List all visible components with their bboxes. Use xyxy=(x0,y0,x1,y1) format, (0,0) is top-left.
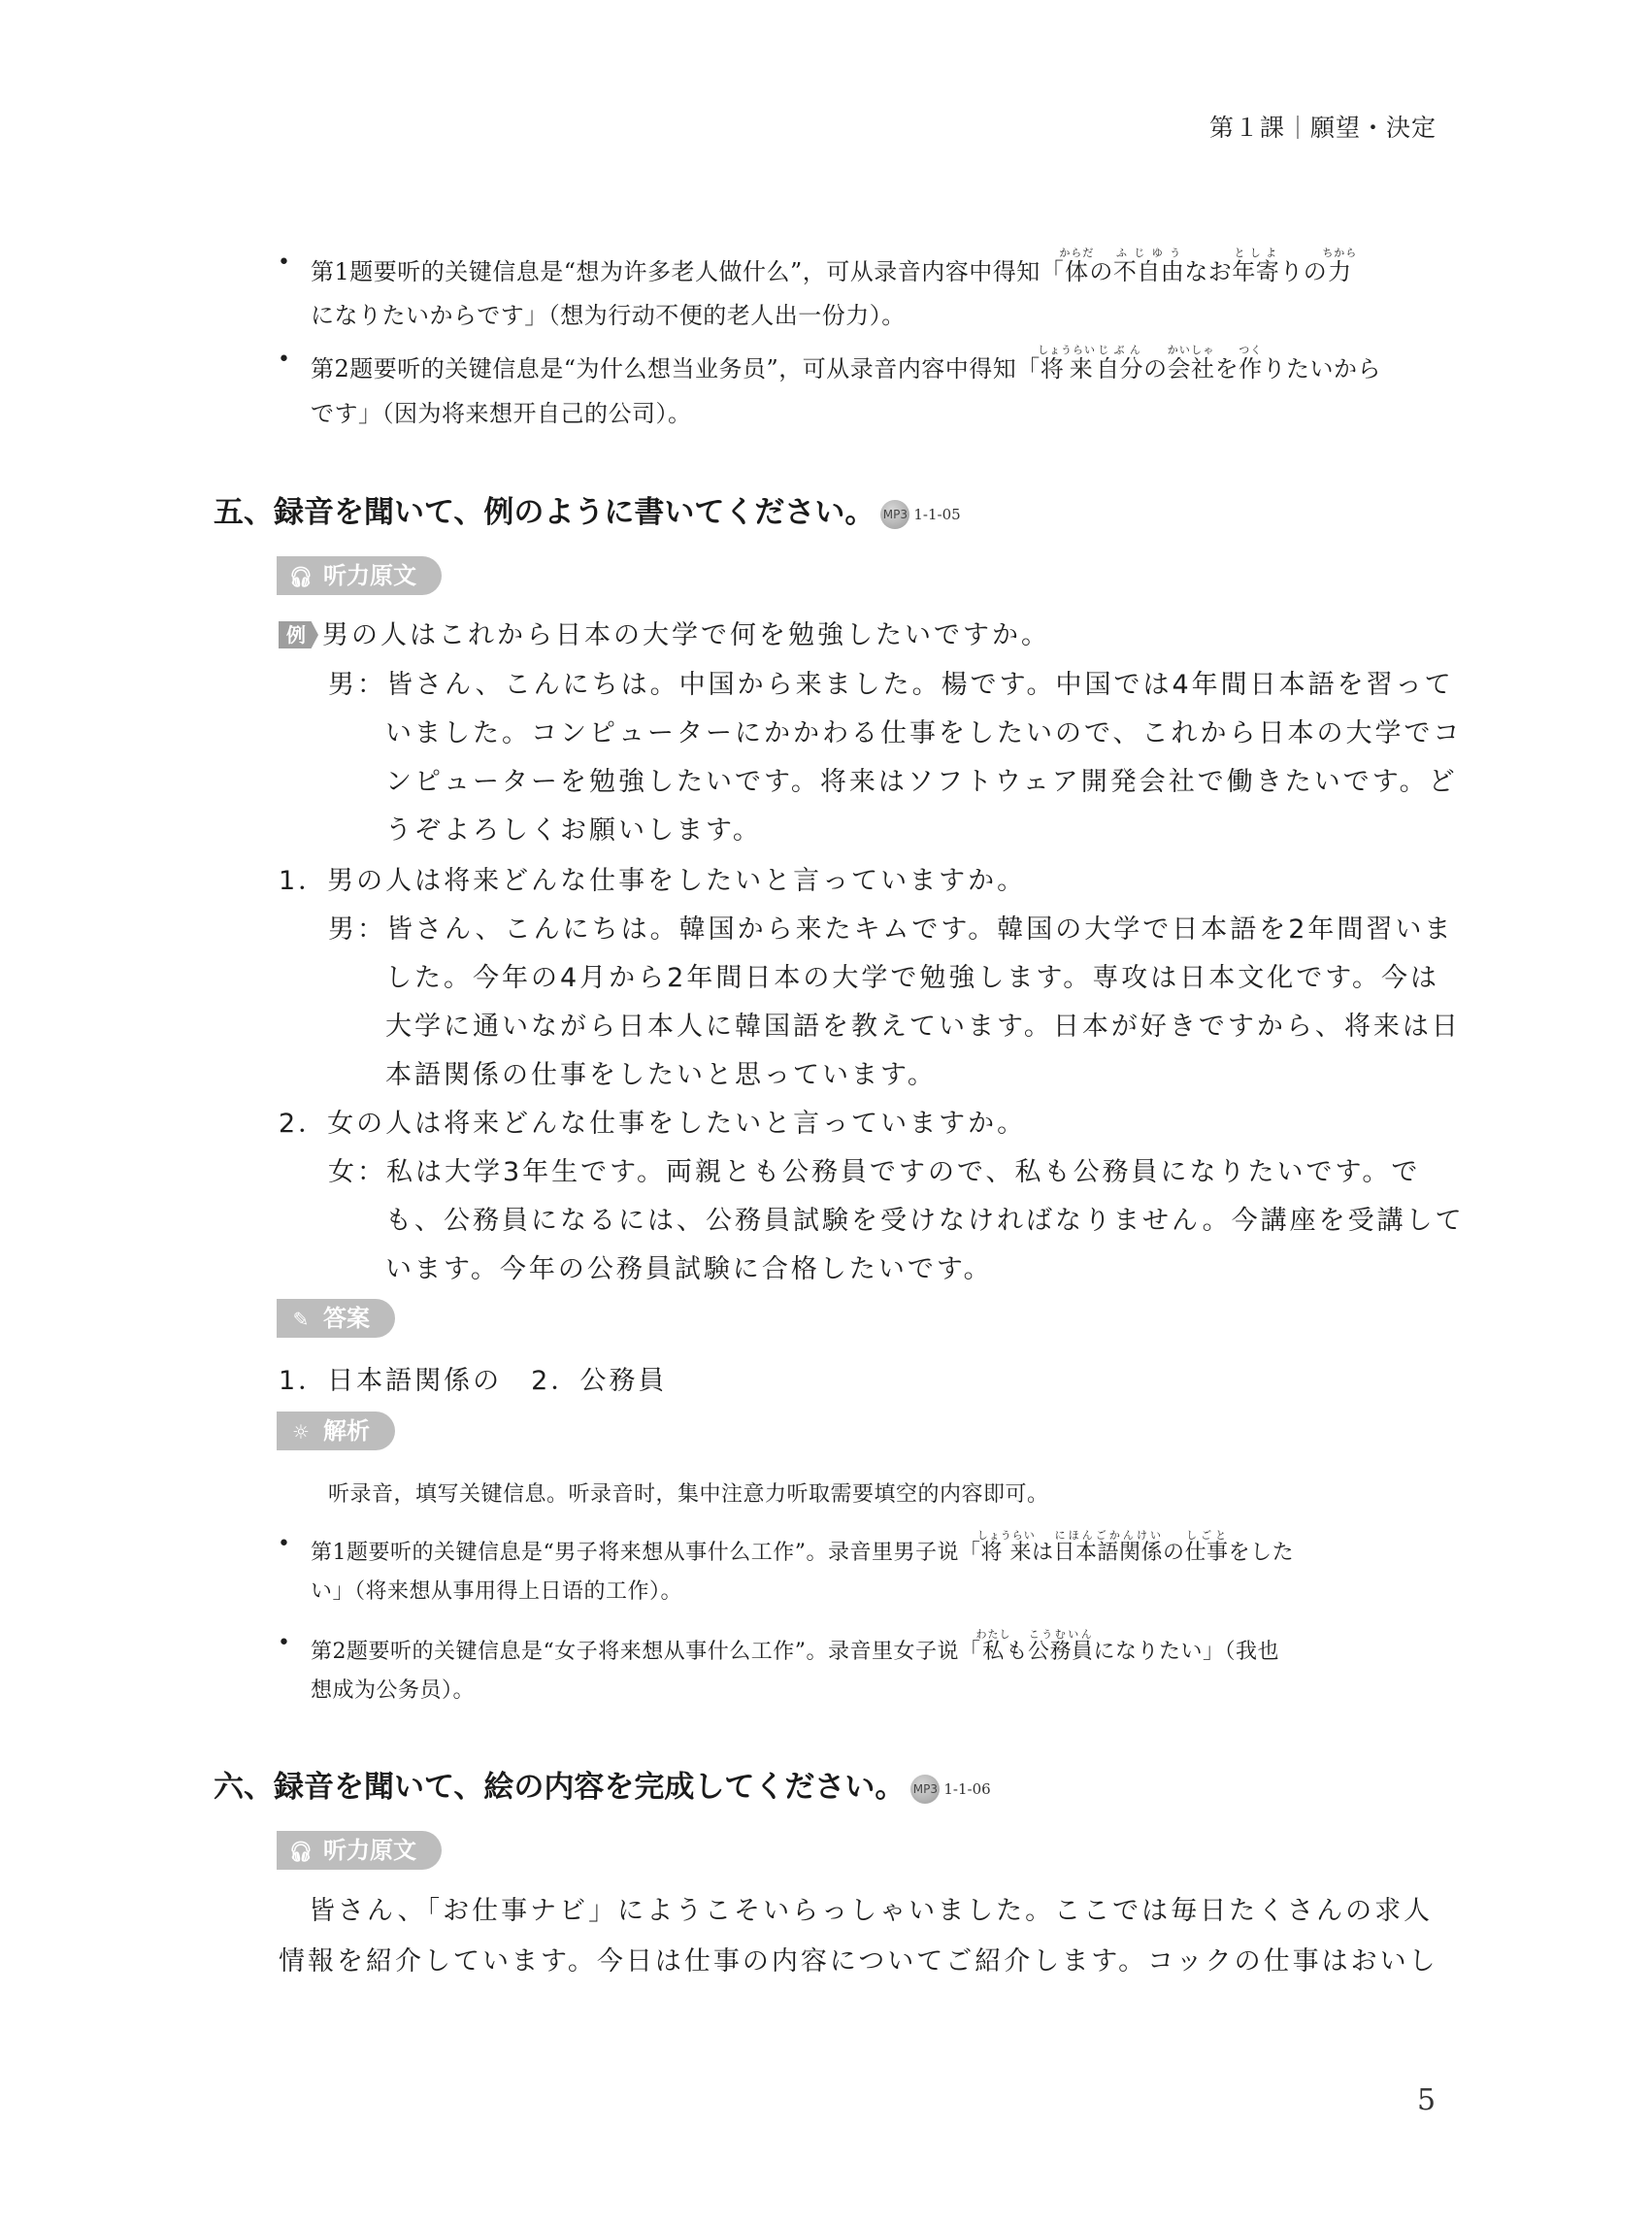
section-6-title: 六、録音を聞いて、絵の内容を完成してください。MP31-1-06 xyxy=(214,1762,991,1806)
lesson-topic: 願望・決定 xyxy=(1310,114,1437,142)
track-number: 1-1-06 xyxy=(943,1780,990,1798)
track-number: 1-1-05 xyxy=(913,506,960,523)
speaker-label: 男： xyxy=(328,914,386,945)
speaker-label: 女： xyxy=(328,1157,386,1187)
ruby-text: 体からだの不自由ふじゆうなお年寄としよりの力ちから xyxy=(1064,258,1357,285)
answers: 1．日本語関係の 2．公務員 xyxy=(279,1359,667,1397)
analysis-bullet-2-line2: 想成为公务员）。 xyxy=(311,1674,475,1704)
example-badge: 例 xyxy=(279,621,318,648)
analysis-tag: ☼解析 xyxy=(277,1412,395,1450)
mp3-audio-icon[interactable]: MP3 xyxy=(910,1775,940,1804)
headphones-icon: 🎧︎ xyxy=(288,557,314,596)
q1-transcript-line: した。今年の4月から2年間日本の大学で勉強します。専攻は日本文化です。今は xyxy=(385,956,1439,994)
transcript-tag: 🎧︎听力原文 xyxy=(277,556,442,595)
q2-transcript-line: 女：私は大学3年生です。両親とも公務員ですので、私も公務員になりたいです。で xyxy=(328,1150,1420,1188)
transcript-line: 情報を紹介しています。今日は仕事の内容についてご紹介します。コックの仕事はおいし xyxy=(279,1940,1438,1977)
analysis-bullet-2-line1: 第2题要听的关键信息是“女子将来想从事什么工作”。录音里女子说「私わたしも公務員… xyxy=(311,1628,1279,1665)
section-5-title: 五、録音を聞いて、例のように書いてください。MP31-1-05 xyxy=(214,487,961,531)
analysis-bullet-1-line2: い」（将来想从事用得上日语的工作）。 xyxy=(311,1575,682,1605)
q1-transcript-line: 大学に通いながら日本人に韓国語を教えています。日本が好きですから、将来は日 xyxy=(385,1005,1461,1043)
pencil-note-icon: ✎ xyxy=(288,1300,314,1339)
question-2: 2．女の人は将来どんな仕事をしたいと言っていますか。 xyxy=(279,1102,1026,1140)
transcript-line: 皆さん、「お仕事ナビ」にようこそいらっしゃいました。ここでは毎日たくさんの求人 xyxy=(309,1889,1433,1927)
q2-transcript-line: います。今年の公務員試験に合格したいです。 xyxy=(385,1247,993,1285)
question-1: 1．男の人は将来どんな仕事をしたいと言っていますか。 xyxy=(279,859,1026,897)
bullet-icon: • xyxy=(278,1631,290,1655)
analysis-bullet-1-line1: 第1题要听的关键信息是“男子将来想从事什么工作”。录音里男子说「将来しょうらいは… xyxy=(311,1529,1294,1566)
analysis-intro: 听录音，填写关键信息。听录音时，集中注意力听取需要填空的内容即可。 xyxy=(328,1478,1049,1508)
ruby-text: 私わたしも公務員こうむいんになりたい」（我也 xyxy=(981,1640,1280,1664)
running-header: 第１課願望・決定 xyxy=(1209,109,1437,144)
q1-transcript-line: 本語関係の仕事をしたいと思っています。 xyxy=(385,1053,937,1091)
example-question: 例男の人はこれから日本の大学で何を勉強したいですか。 xyxy=(279,614,1050,651)
headphones-icon: 🎧︎ xyxy=(288,1832,314,1871)
analysis-bullet-1-line1: 第1题要听的关键信息是“想为许多老人做什么”，可从录音内容中得知「体からだの不自… xyxy=(311,247,1357,286)
example-transcript-line: ンピューターを勉強したいです。将来はソフトウェア開発会社で働きたいです。ど xyxy=(385,760,1458,798)
page-number: 5 xyxy=(1417,2083,1436,2117)
lightbulb-icon: ☼ xyxy=(288,1412,314,1451)
ruby-text: 将来しょうらいは日本語関係にほんごかんけいの仕事しごとをした xyxy=(981,1541,1295,1565)
analysis-bullet-1-line2: になりたいからです」（想为行动不便的老人出一份力）。 xyxy=(311,296,906,330)
speaker-label: 男： xyxy=(328,670,386,700)
analysis-bullet-2-line1: 第2题要听的关键信息是“为什么想当业务员”，可从录音内容中得知「将来しょうらい自… xyxy=(311,344,1381,383)
header-separator xyxy=(1297,116,1299,139)
ruby-text: 将来しょうらい自分じぶんの会社かいしゃを作つくりたいから xyxy=(1041,355,1381,382)
answer-tag: ✎答案 xyxy=(277,1299,395,1338)
example-transcript-line: 男：皆さん、こんにちは。中国から来ました。楊です。中国では4年間日本語を習って xyxy=(328,663,1454,701)
lesson-label: 第１課 xyxy=(1209,114,1285,142)
mp3-audio-icon[interactable]: MP3 xyxy=(880,500,909,529)
q1-transcript-line: 男：皆さん、こんにちは。韓国から来たキムです。韓国の大学で日本語を2年間習いま xyxy=(328,908,1453,946)
transcript-tag: 🎧︎听力原文 xyxy=(277,1831,442,1870)
bullet-icon: • xyxy=(278,348,290,372)
analysis-bullet-2-line2: です」（因为将来想开自己的公司）。 xyxy=(311,394,692,428)
bullet-icon: • xyxy=(278,1532,290,1556)
q2-transcript-line: も、公務員になるには、公務員試験を受けなければなりません。今講座を受講して xyxy=(385,1199,1465,1237)
bullet-icon: • xyxy=(278,250,290,275)
example-transcript-line: いました。コンピューターにかかわる仕事をしたいので、これから日本の大学でコ xyxy=(385,712,1462,749)
example-transcript-line: うぞよろしくお願いします。 xyxy=(385,809,762,847)
